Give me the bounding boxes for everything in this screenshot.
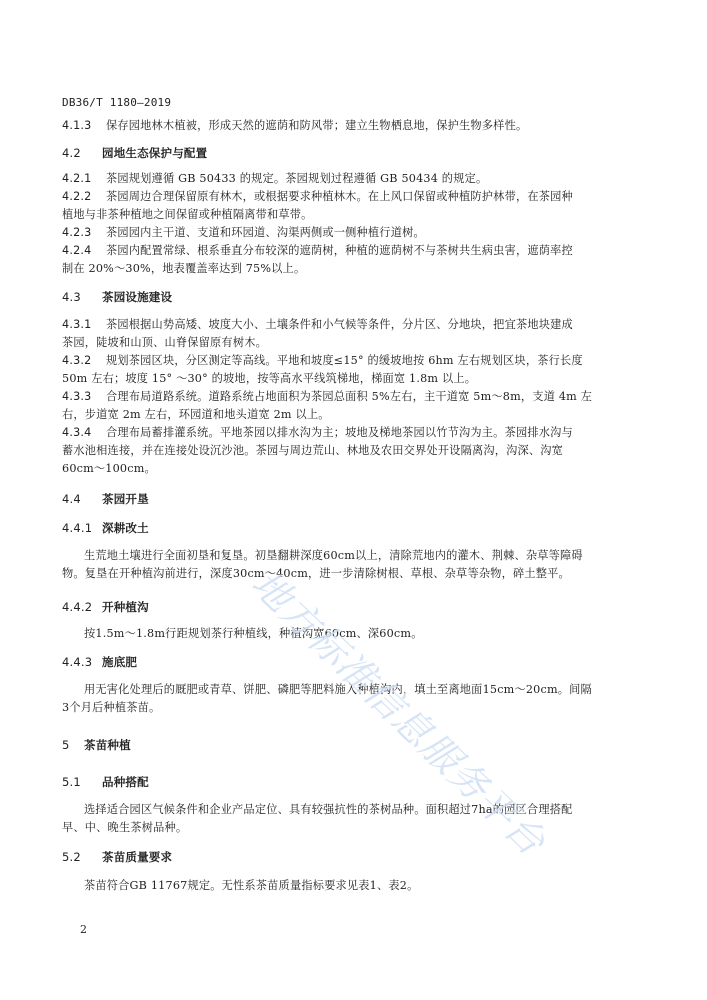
paragraph-4-4-3: 用无害化处理后的厩肥或青草、饼肥、磷肥等肥料施入种植沟内，填土至离地面15cm～… xyxy=(84,683,592,697)
clause-4-3-4: 4.3.4合理布局蓄排灌系统。平地茶园以排水沟为主；坡地及梯地茶园以竹节沟为主。… xyxy=(62,426,573,440)
paragraph-4-4-1: 生荒地土壤进行全面初垦和复垦。初垦翻耕深度60cm以上，清除荒地内的灌木、荆棘、… xyxy=(84,549,583,563)
section-heading-5-1: 5.1品种搭配 xyxy=(62,775,149,789)
paragraph-4-4-2: 按1.5m～1.8m行距规划茶行种植线，种植沟宽60cm、深60cm。 xyxy=(84,627,423,641)
clause-4-3-4-cont2: 60cm～100cm。 xyxy=(62,462,156,476)
paragraph-5-1-cont: 早、中、晚生茶树品种。 xyxy=(62,821,187,835)
paragraph-5-1: 选择适合园区气候条件和企业产品定位、具有较强抗性的茶树品种。面积超过7ha的园区… xyxy=(84,803,572,817)
section-heading-4-2: 4.2园地生态保护与配置 xyxy=(62,146,207,160)
clause-4-2-4-cont: 制在 20%～30%，地表覆盖率达到 75%以上。 xyxy=(62,262,305,276)
clause-4-1-3: 4.1.3保存园地林木植被，形成天然的遮荫和防风带；建立生物栖息地，保护生物多样… xyxy=(62,119,527,133)
clause-4-3-1: 4.3.1茶园根据山势高矮、坡度大小、土壤条件和小气候等条件，分片区、分地块，把… xyxy=(62,318,573,332)
clause-4-3-2-cont: 50m 左右；坡度 15° ～30° 的坡地，按等高水平线筑梯地，梯面宽 1.8… xyxy=(62,372,476,386)
section-heading-5-2: 5.2茶苗质量要求 xyxy=(62,850,172,864)
subsection-heading-4-4-2: 4.4.2开种植沟 xyxy=(62,600,149,614)
doc-header-id: DB36/T 1180—2019 xyxy=(62,96,171,110)
clause-4-2-2: 4.2.2茶园周边合理保留原有林木，或根据要求种植林木。在上风口保留或种植防护林… xyxy=(62,190,573,204)
subsection-heading-4-4-1: 4.4.1深耕改土 xyxy=(62,521,149,535)
clause-4-3-3-cont: 右，步道宽 2m 左右，环园道和地头道宽 2m 以上。 xyxy=(62,408,330,422)
clause-4-3-1-cont: 茶园，陡坡和山顶、山脊保留原有树木。 xyxy=(62,336,267,350)
paragraph-4-4-3-cont: 3个月后种植茶苗。 xyxy=(62,701,160,715)
chapter-heading-5: 5茶苗种植 xyxy=(62,738,131,752)
page-number: 2 xyxy=(80,923,87,936)
clause-4-2-4: 4.2.4茶园内配置常绿、根系垂直分布较深的遮荫树，种植的遮荫树不与茶树共生病虫… xyxy=(62,244,573,258)
clause-4-3-2: 4.3.2规划茶园区块，分区测定等高线。平地和坡度≤15° 的缓坡地按 6hm … xyxy=(62,354,583,368)
section-heading-4-4: 4.4茶园开垦 xyxy=(62,492,149,506)
clause-4-2-1: 4.2.1茶园规划遵循 GB 50433 的规定。茶园规划过程遵循 GB 504… xyxy=(62,172,487,186)
section-heading-4-3: 4.3茶园设施建设 xyxy=(62,290,172,304)
paragraph-4-4-1-cont: 物。复垦在开种植沟前进行，深度30cm～40cm，进一步清除树根、草根、杂草等杂… xyxy=(62,567,570,581)
clause-4-3-3: 4.3.3合理布局道路系统。道路系统占地面积为茶园总面积 5%左右，主干道宽 5… xyxy=(62,390,592,404)
subsection-heading-4-4-3: 4.4.3施底肥 xyxy=(62,655,137,669)
clause-4-2-2-cont: 植地与非茶种植地之间保留或种植隔离带和草带。 xyxy=(62,208,313,222)
clause-4-3-4-cont: 蓄水池相连接，并在连接处设沉沙池。茶园与周边荒山、林地及农田交界处开设隔离沟，沟… xyxy=(62,444,563,458)
paragraph-5-2: 茶苗符合GB 11767规定。无性系茶苗质量指标要求见表1、表2。 xyxy=(84,879,418,893)
clause-4-2-3: 4.2.3茶园园内主干道、支道和环园道、沟渠两侧或一侧种植行道树。 xyxy=(62,226,425,240)
document-page: DB36/T 1180—2019 4.1.3保存园地林木植被，形成天然的遮荫和防… xyxy=(0,0,707,1000)
